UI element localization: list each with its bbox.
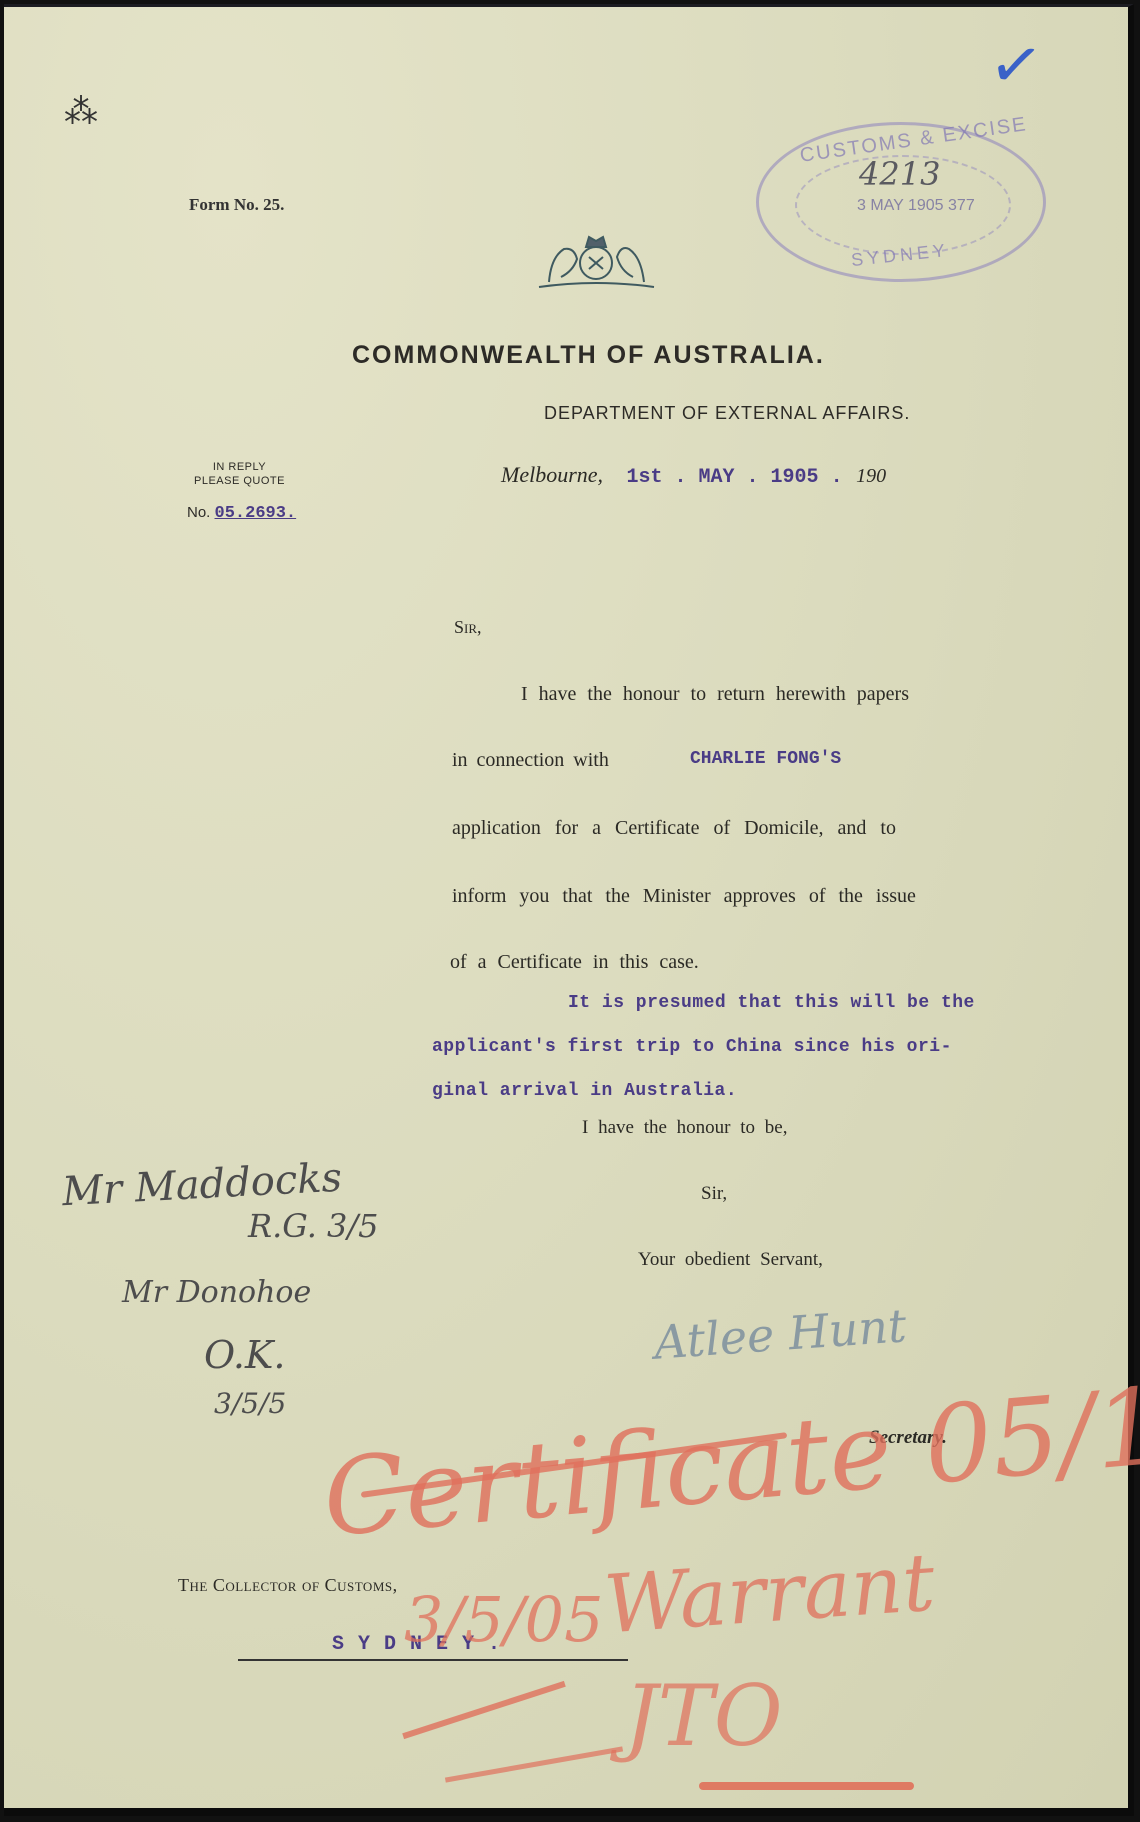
typed-date: 1st . MAY . 1905 .	[627, 466, 843, 489]
red-crayon-slash	[402, 1681, 566, 1739]
department-name: DEPARTMENT OF EXTERNAL AFFAIRS.	[544, 403, 910, 424]
body-line-3: application for a Certificate of Domicil…	[452, 817, 896, 840]
reply-note-line2: PLEASE QUOTE	[194, 474, 285, 488]
reply-note: IN REPLY PLEASE QUOTE	[194, 460, 285, 488]
red-crayon-date: 3/5/05	[404, 1587, 604, 1653]
page-title: COMMONWEALTH OF AUSTRALIA.	[352, 341, 825, 370]
red-crayon-initials: JTO	[624, 1667, 783, 1765]
date-line: Melbourne, 1st . MAY . 1905 . 190	[501, 462, 886, 489]
pencil-note-4: O.K.	[204, 1333, 285, 1377]
reference-number: No. 05.2693.	[187, 504, 296, 523]
stamp-date-value: 3 MAY 1905	[857, 197, 944, 214]
closing-line-3: Your obedient Servant,	[638, 1249, 823, 1271]
coat-of-arms-icon	[529, 227, 664, 293]
customs-stamp: CUSTOMS & EXCISE 4213 3 MAY 1905 377 SYD…	[756, 122, 1046, 282]
reference-value: 05.2693.	[215, 504, 297, 523]
red-crayon-slash	[445, 1746, 623, 1782]
form-number: Form No. 25.	[189, 195, 284, 215]
place: Melbourne,	[501, 462, 603, 487]
applicant-name: CHARLIE FONG'S	[690, 749, 841, 769]
letter-page: ⁂ Form No. 25. COMMONWEALTH OF AUSTRALIA…	[4, 4, 1134, 1816]
typed-line-2: applicant's first trip to China since hi…	[432, 1037, 952, 1057]
checkmark-icon: ✓	[984, 26, 1047, 107]
reply-note-line1: IN REPLY	[194, 460, 285, 474]
reference-label: No.	[187, 504, 210, 521]
red-crayon-warrant: Warrant	[601, 1536, 938, 1652]
pencil-note-2: R.G. 3/5	[248, 1207, 379, 1245]
stamp-date: 3 MAY 1905 377	[857, 197, 975, 215]
body-line-4: inform you that the Minister approves of…	[452, 885, 916, 908]
addressee: The Collector of Customs,	[178, 1575, 398, 1596]
stamp-extra: 377	[948, 197, 975, 214]
body-line-2: in connection with	[452, 749, 609, 772]
pencil-note-3: Mr Donohoe	[122, 1275, 311, 1310]
red-crayon-underline	[699, 1782, 914, 1790]
stamp-handwritten-number: 4213	[859, 155, 940, 193]
address-underline	[238, 1659, 628, 1661]
signature: Atlee Hunt	[652, 1298, 908, 1369]
closing-line-1: I have the honour to be,	[582, 1117, 787, 1139]
pencil-note-5: 3/5/5	[214, 1387, 286, 1420]
torn-hole: ⁂	[64, 92, 98, 132]
closing-line-2: Sir,	[701, 1183, 727, 1205]
salutation: Sir,	[454, 617, 482, 638]
red-crayon-certificate: Certificate 05/179	[318, 1353, 1140, 1561]
typed-line-3: ginal arrival in Australia.	[432, 1081, 737, 1101]
typed-line-1: It is presumed that this will be the	[568, 993, 975, 1013]
printed-year-prefix: 190	[856, 465, 886, 487]
body-line-5: of a Certificate in this case.	[450, 951, 699, 974]
body-line-1: I have the honour to return herewith pap…	[521, 683, 909, 706]
